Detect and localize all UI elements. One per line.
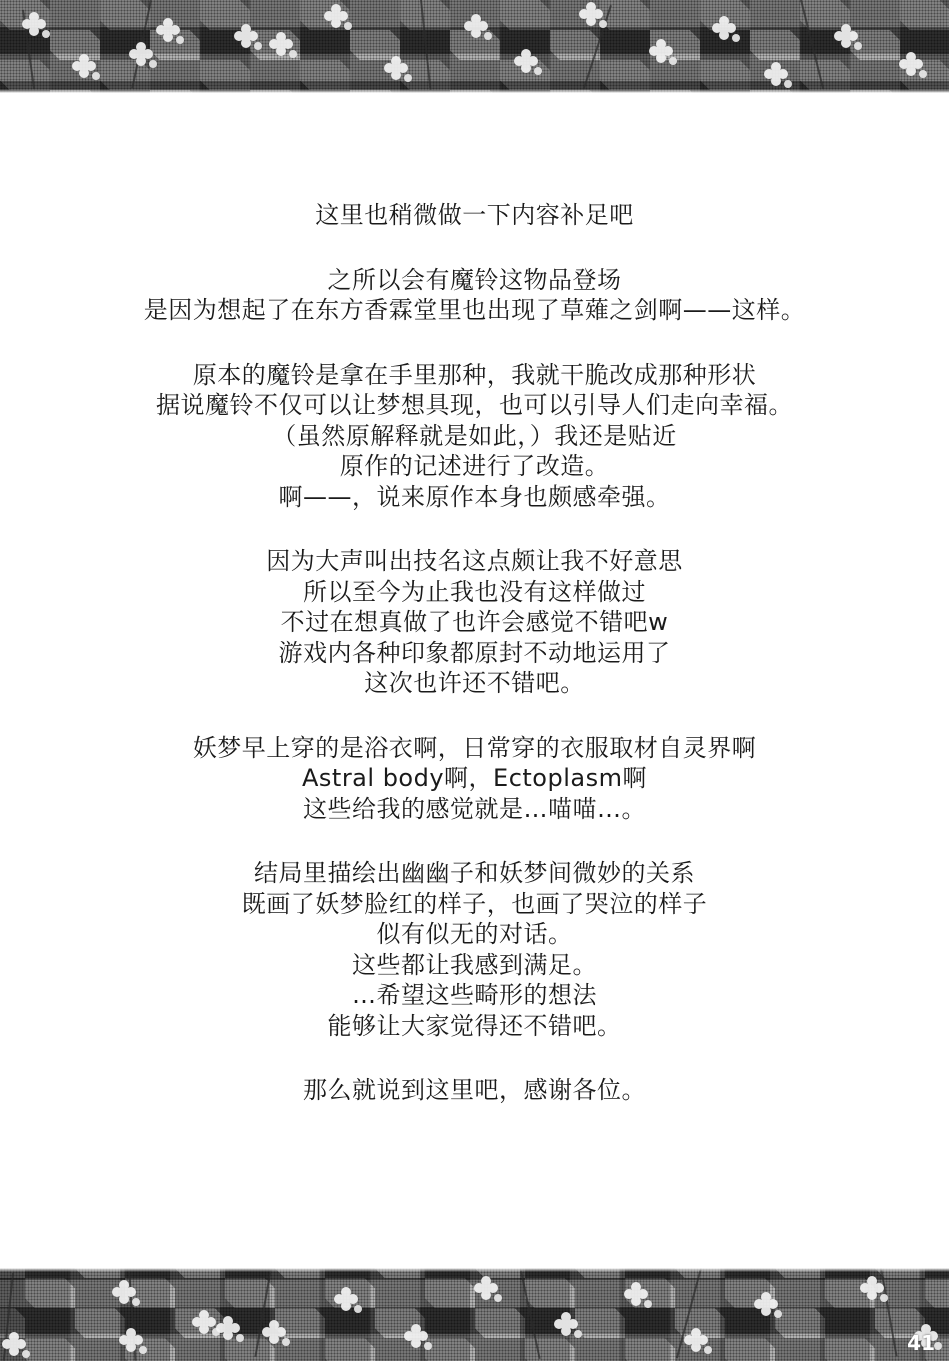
halftone-screen [0,1268,949,1361]
cherry-blossom-icon [222,1322,234,1334]
top-decorative-border [0,0,949,93]
text-line: 原本的魔铃是拿在手里那种，我就干脆改成那种形状 [0,360,949,391]
paragraph-clothing: 妖梦早上穿的是浴衣啊，日常穿的衣服取材自灵界啊 Astral body啊，Ect… [0,733,949,825]
text-line: 既画了妖梦脸红的样子，也画了哭泣的样子 [0,889,949,920]
paragraph-intro: 这里也稍微做一下内容补足吧 [0,200,949,231]
cherry-blossom-icon [118,1286,130,1298]
text-line: 啊——，说来原作本身也颇感牵强。 [0,482,949,513]
text-line: 之所以会有魔铃这物品登场 [0,265,949,296]
cherry-blossom-icon [125,1334,137,1346]
text-line: 这些给我的感觉就是…喵喵…。 [0,794,949,825]
text-line: Astral body啊，Ectoplasm啊 [0,763,949,794]
paragraph-closing: 那么就说到这里吧，感谢各位。 [0,1075,949,1106]
cherry-blossom-icon [655,45,667,57]
text-line: 不过在想真做了也许会感觉不错吧w [0,607,949,638]
cherry-blossom-icon [198,1316,210,1328]
cherry-blossom-icon [390,62,402,74]
text-line: （虽然原解释就是如此，）我还是贴近 [0,421,949,452]
cherry-blossom-icon [690,1334,702,1346]
text-line: 原作的记述进行了改造。 [0,451,949,482]
cherry-blossom-icon [28,18,40,30]
cherry-blossom-icon [770,68,782,80]
cherry-blossom-icon [162,24,174,36]
text-line: 那么就说到这里吧，感谢各位。 [0,1075,949,1106]
cherry-blossom-icon [268,1326,280,1338]
cherry-blossom-icon [520,55,532,67]
cherry-blossom-icon [78,60,90,72]
cherry-blossom-icon [480,1282,492,1294]
text-line: 据说魔铃不仅可以让梦想具现，也可以引导人们走向幸福。 [0,390,949,421]
paragraph-magic-bell: 之所以会有魔铃这物品登场 是因为想起了在东方香霖堂里也出现了草薙之剑啊——这样。 [0,265,949,326]
bottom-decorative-border: 41 [0,1268,949,1361]
text-line: 因为大声叫出技名这点颇让我不好意思 [0,546,949,577]
text-line: 这次也许还不错吧。 [0,668,949,699]
text-line: 是因为想起了在东方香霖堂里也出现了草薙之剑啊——这样。 [0,295,949,326]
cherry-blossom-icon [135,48,147,60]
text-line: 似有似无的对话。 [0,919,949,950]
cherry-blossom-icon [470,20,482,32]
cherry-blossom-icon [275,38,287,50]
page-number: 41 [907,1331,935,1355]
cherry-blossom-icon [630,1288,642,1300]
text-line: 妖梦早上穿的是浴衣啊，日常穿的衣服取材自灵界啊 [0,733,949,764]
cherry-blossom-icon [760,1298,772,1310]
text-line: 这里也稍微做一下内容补足吧 [0,200,949,231]
cherry-blossom-icon [330,10,342,22]
text-line: 结局里描绘出幽幽子和妖梦间微妙的关系 [0,858,949,889]
afterword-text: 这里也稍微做一下内容补足吧 之所以会有魔铃这物品登场 是因为想起了在东方香霖堂里… [0,200,949,1140]
paragraph-bell-shape: 原本的魔铃是拿在手里那种，我就干脆改成那种形状 据说魔铃不仅可以让梦想具现，也可… [0,360,949,513]
cherry-blossom-icon [840,30,852,42]
cherry-blossom-icon [560,1318,572,1330]
cherry-blossom-icon [718,22,730,34]
text-line: 能够让大家觉得还不错吧。 [0,1011,949,1042]
text-line: 这些都让我感到满足。 [0,950,949,981]
cherry-blossom-icon [8,1338,20,1350]
cherry-blossom-icon [585,8,597,20]
text-line: 所以至今为止我也没有这样做过 [0,577,949,608]
halftone-screen [0,0,949,93]
text-line: 游戏内各种印象都原封不动地运用了 [0,638,949,669]
paragraph-skill-names: 因为大声叫出技名这点颇让我不好意思 所以至今为止我也没有这样做过 不过在想真做了… [0,546,949,699]
cherry-blossom-icon [866,1282,878,1294]
cherry-blossom-icon [340,1293,352,1305]
cherry-blossom-icon [240,30,252,42]
text-line: …希望这些畸形的想法 [0,980,949,1011]
cherry-blossom-icon [905,58,917,70]
paragraph-ending: 结局里描绘出幽幽子和妖梦间微妙的关系 既画了妖梦脸红的样子，也画了哭泣的样子 似… [0,858,949,1041]
cherry-blossom-icon [410,1330,422,1342]
